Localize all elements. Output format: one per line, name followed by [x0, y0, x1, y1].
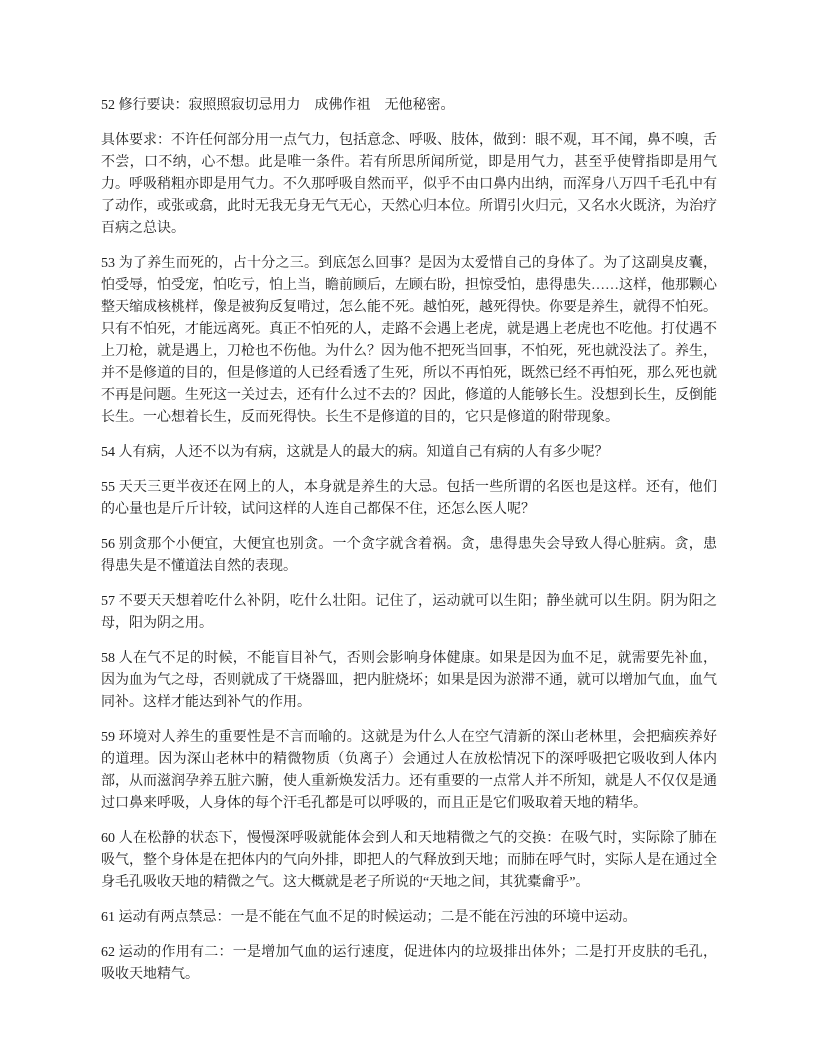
- paragraph-62: 62 运动的作用有二：一是增加气血的运行速度，促进体内的垃圾排出体外；二是打开皮…: [101, 942, 717, 986]
- paragraph-53: 53 为了养生而死的，占十分之三。到底怎么回事？是因为太爱惜自己的身体了。为了这…: [101, 253, 717, 429]
- paragraph-56: 56 别贪那个小便宜，大便宜也别贪。一个贪字就含着祸。贪，患得患失会导致人得心脏…: [101, 534, 717, 578]
- paragraph-57: 57 不要天天想着吃什么补阴，吃什么壮阳。记住了，运动就可以生阳；静坐就可以生阴…: [101, 591, 717, 635]
- paragraph-54: 54 人有病，人还不以为有病，这就是人的最大的病。知道自己有病的人有多少呢？: [101, 442, 717, 464]
- document-page: 52 修行要诀：寂照照寂切忌用力 成佛作祖 无他秘密。 具体要求：不许任何部分用…: [0, 0, 816, 1056]
- paragraph-52-detail: 具体要求：不许任何部分用一点气力，包括意念、呼吸、肢体，做到：眼不观，耳不闻，鼻…: [101, 130, 717, 240]
- paragraph-52-heading: 52 修行要诀：寂照照寂切忌用力 成佛作祖 无他秘密。: [101, 95, 717, 117]
- paragraph-59: 59 环境对人养生的重要性是不言而喻的。这就是为什么人在空气清新的深山老林里，会…: [101, 727, 717, 815]
- paragraph-60: 60 人在松静的状态下，慢慢深呼吸就能体会到人和天地精微之气的交换：在吸气时，实…: [101, 828, 717, 894]
- paragraph-61: 61 运动有两点禁忌：一是不能在气血不足的时候运动；二是不能在污浊的环境中运动。: [101, 907, 717, 929]
- paragraph-55: 55 天天三更半夜还在网上的人，本身就是养生的大忌。包括一些所谓的名医也是这样。…: [101, 477, 717, 521]
- paragraph-58: 58 人在气不足的时候，不能盲目补气，否则会影响身体健康。如果是因为血不足，就需…: [101, 648, 717, 714]
